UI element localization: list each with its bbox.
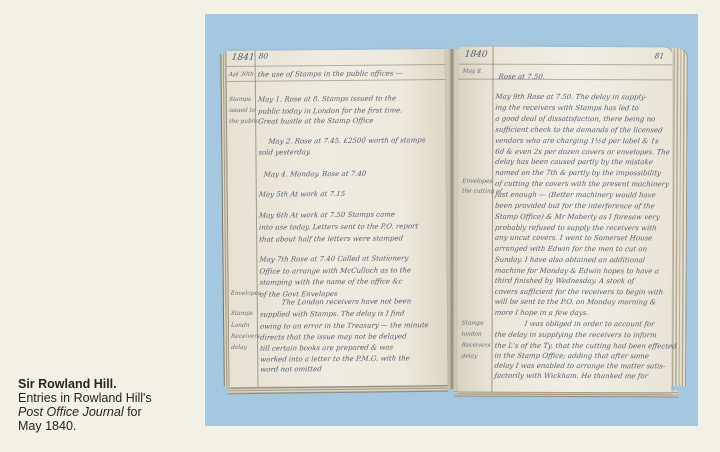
handwritten-line: been provided but for the interference o…	[495, 202, 656, 211]
margin-note: Stamps	[229, 96, 252, 104]
handwritten-line: arranged with Edwin for the men to cut o…	[494, 245, 647, 254]
handwritten-line: will be sent to the P.O. on Monday morni…	[494, 298, 656, 307]
margin-note: Receivers	[231, 333, 261, 341]
left-page-number: 80	[258, 53, 268, 61]
handwritten-line: any uncut covers. I went to Somerset Hou…	[495, 234, 653, 243]
handwritten-line: vendors who are charging 1½d per label &…	[495, 137, 659, 146]
handwritten-line: May 1. Rose at 8. Stamps issued to the	[258, 94, 397, 103]
margin-note: Stamps	[230, 310, 253, 318]
margin-note: Apl 30th	[228, 71, 254, 79]
handwritten-line: the delay in supplying the receivers to …	[494, 331, 657, 340]
handwritten-line: into use today. Letters sent to the P.O.…	[259, 222, 419, 231]
handwritten-line: Stamp Office) & Mr Maberly as I foresaw …	[495, 213, 661, 222]
handwritten-line: 6d & even 2s per dozen covers or envelop…	[495, 148, 671, 157]
handwritten-line: the use of Stamps in the public offices …	[257, 69, 403, 78]
handwritten-line: May 7th Rose at 7.40 Called at Stationer…	[259, 254, 409, 263]
handwritten-line: sold yesterday.	[258, 148, 311, 156]
right-page-number: 81	[654, 52, 664, 60]
handwritten-line: stamping with the name of the office &c	[259, 277, 403, 286]
handwritten-line: May 5th At work at 7.15	[258, 190, 345, 199]
handwritten-line: Great bustle at the Stamp Office	[258, 117, 374, 126]
handwritten-line: named on the 7th & partly by the impossi…	[495, 169, 662, 178]
margin-note: delay	[231, 344, 248, 352]
journal-photo: 1841 80 the use of Stamps in the public …	[222, 45, 687, 395]
handwritten-line: Sunday. I have also obtained an addition…	[494, 256, 645, 265]
handwritten-line: supplied with Stamps. The delay is I fin…	[259, 309, 404, 318]
right-page-header-rule-1	[459, 64, 673, 66]
handwritten-line: sufficient check to the demands of the l…	[495, 126, 663, 135]
handwritten-line: word not omitted	[260, 365, 322, 374]
caption-journal-title: Post Office Journal	[18, 405, 124, 419]
handwritten-line: a good deal of dissatisfaction, there be…	[495, 115, 656, 124]
journal-left-page: 1841 80 the use of Stamps in the public …	[227, 49, 448, 387]
margin-note: Stamps	[461, 320, 484, 328]
handwritten-line: that about half the letters were stamped	[259, 234, 404, 243]
left-page-header-rule-2	[227, 79, 445, 82]
handwritten-line: I was obliged in order to account for	[524, 320, 655, 328]
margin-note: Receivers	[461, 342, 491, 350]
handwritten-line: machine for Monday & Edwin hopes to have…	[494, 267, 659, 276]
right-page-edges	[670, 48, 688, 386]
handwritten-line: May 9th Rose at 7.50. The delay in suppl…	[495, 93, 647, 102]
handwritten-line: till certain books are prepared & was	[260, 344, 394, 353]
handwritten-line: directs that the issue may not be delaye…	[260, 332, 407, 341]
handwritten-line: May 6th At work at 7.50 Stamps came	[259, 210, 396, 219]
handwritten-line: in the Stamp Office; adding that after s…	[494, 352, 649, 361]
handwritten-line: covers sufficient for the receivers to b…	[494, 288, 663, 297]
caption-line-2: Post Office Journal for	[18, 405, 152, 419]
handwritten-line: of cutting the covers with the present m…	[495, 180, 670, 189]
caption-line-1: Entries in Rowland Hill's	[18, 391, 152, 405]
margin-note: Envelopes	[462, 178, 493, 186]
handwritten-line: third finished by Wednesday. A stock of	[494, 277, 634, 285]
handwritten-line: the L's of the Ty. that the cutting had …	[494, 342, 677, 351]
right-page-header-rule-2	[458, 79, 672, 81]
handwritten-line: owing to an error in the Treasury — the …	[260, 321, 430, 330]
left-page-header-rule-1	[227, 64, 445, 67]
handwritten-line: fast enough — (Better machinery would ha…	[495, 191, 657, 200]
caption-title: Sir Rowland Hill.	[18, 377, 152, 391]
handwritten-line: factorily with Wickham. He thanked me fo…	[494, 372, 648, 381]
handwritten-line: delay I was enabled to arrange the matte…	[494, 362, 666, 371]
handwritten-line: May 2. Rose at 7.45. £2500 worth of stam…	[268, 136, 426, 145]
caption-line-3: May 1840.	[18, 419, 152, 433]
margin-note: the public	[229, 118, 259, 126]
caption-line-2-suffix: for	[124, 405, 142, 419]
handwritten-line: Rose at 7.50.	[498, 73, 545, 81]
handwritten-line: May 4. Monday. Rose at 7.40	[263, 170, 366, 179]
handwritten-line: The London receivers have not been	[281, 297, 411, 306]
margin-note: london	[461, 331, 482, 339]
left-page-year: 1841	[231, 54, 255, 62]
margin-note: the cutting of	[462, 188, 503, 196]
caption: Sir Rowland Hill. Entries in Rowland Hil…	[18, 377, 152, 433]
margin-note: Londn	[231, 322, 250, 330]
right-page-year: 1840	[464, 51, 488, 59]
handwritten-line: worked into a letter to the P.M.G. with …	[260, 354, 410, 363]
handwritten-line: public today in London for the first tim…	[258, 106, 403, 115]
margin-note: Envelopes	[230, 290, 261, 298]
handwritten-line: delay has been caused partly by the mist…	[495, 158, 654, 167]
margin-note: delay	[461, 353, 478, 361]
margin-note: issued to	[229, 107, 256, 115]
right-page-margin-rule	[491, 47, 493, 392]
journal-right-page: 1840 81 Rose at 7.50.May 9th Rose at 7.5…	[457, 47, 672, 393]
margin-note: May 8.	[462, 68, 483, 76]
handwritten-line: ing the receivers with Stamps has led to	[495, 104, 639, 112]
handwritten-line: probably refused to supply the receivers…	[495, 224, 658, 233]
handwritten-line: Office to arrange with McCulloch as to t…	[259, 266, 411, 275]
postcard: 1841 80 the use of Stamps in the public …	[0, 0, 720, 452]
handwritten-line: more I hope in a few days.	[494, 309, 589, 317]
